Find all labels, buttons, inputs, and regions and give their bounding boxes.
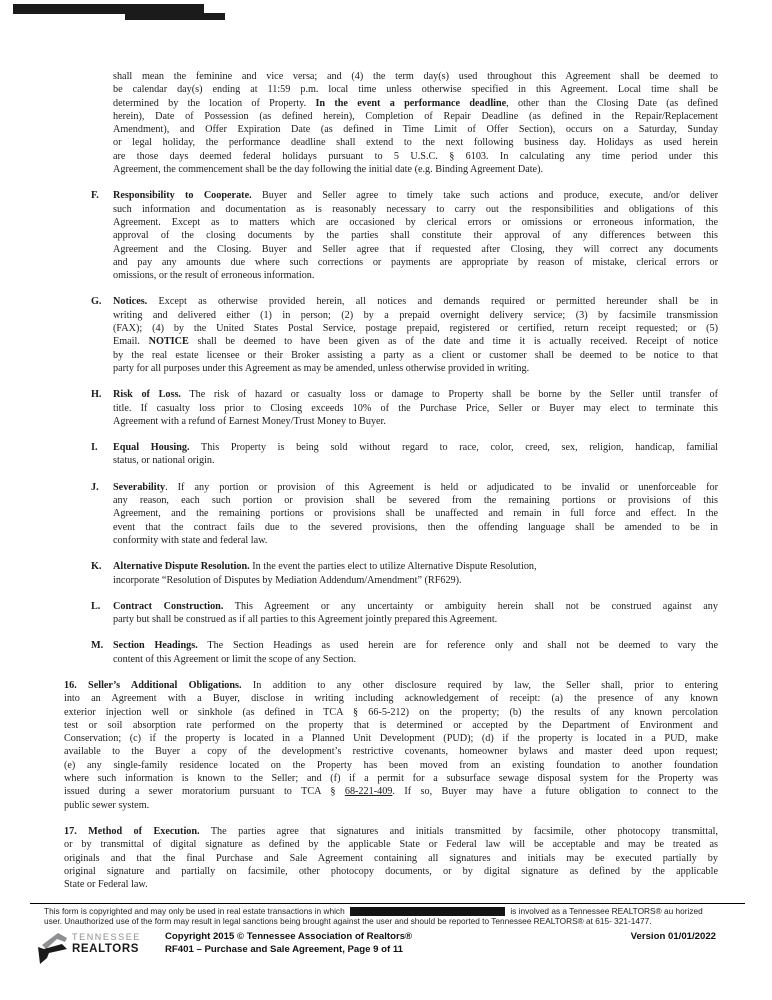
text-segment: incorporate “Resolution of Disputes by M… bbox=[113, 575, 462, 586]
text-segment: exterior injection well or sinkhole (as … bbox=[64, 707, 718, 718]
text-segment: In the event the parties elect to utiliz… bbox=[250, 561, 537, 572]
document-line: 460L.Contract Construction. This Agreeme… bbox=[91, 600, 718, 613]
document-line: 443writing and delivered either (1) in p… bbox=[91, 309, 718, 322]
document-line: 430herein), Date of Possession (as defin… bbox=[113, 110, 718, 123]
document-block: 453J.Severability. If any portion or pro… bbox=[91, 481, 718, 547]
text-segment: originals and that the final Purchase an… bbox=[64, 853, 718, 864]
document-line: 428be calendar day(s) ending at 11:59 p.… bbox=[113, 83, 718, 96]
document-block: 451I.Equal Housing. This Property is bei… bbox=[91, 441, 718, 468]
text-segment: by the real estate licensee or their Bro… bbox=[113, 350, 718, 361]
text-segment: 68-221-409 bbox=[345, 786, 393, 797]
document-line: 442G.Notices. Except as otherwise provid… bbox=[91, 295, 718, 308]
paragraph-label: L. bbox=[91, 600, 113, 613]
footer-divider bbox=[30, 903, 745, 904]
text-segment: public sewer system. bbox=[64, 800, 149, 811]
document-page: 427shall mean the feminine and vice vers… bbox=[0, 0, 772, 1000]
logo-text: TENNESSEE REALTORS bbox=[72, 932, 141, 955]
document-line: 435F.Responsibility to Cooperate. Buyer … bbox=[91, 189, 718, 202]
text-segment: Agreement with a refund of Earnest Money… bbox=[113, 416, 386, 427]
footer-notice: This form is copyrighted and may only be… bbox=[44, 907, 749, 927]
document-line: 453J.Severability. If any portion or pro… bbox=[91, 481, 718, 494]
paragraph-label: G. bbox=[91, 295, 113, 308]
text-segment: This Property is being sold without rega… bbox=[190, 442, 718, 453]
copyright-line2: RF401 – Purchase and Sale Agreement, Pag… bbox=[165, 944, 412, 957]
text-segment: 16. Seller’s Additional Obligations. bbox=[64, 680, 242, 691]
text-segment: issued during a sewer moratorium pursuan… bbox=[64, 786, 345, 797]
document-block: 46416. Seller’s Additional Obligations. … bbox=[64, 679, 718, 812]
document-line: 433are those days deemed federal holiday… bbox=[113, 150, 718, 163]
text-segment: Contract Construction. bbox=[113, 601, 223, 612]
document-line: 472issued during a sewer moratorium purs… bbox=[64, 785, 718, 798]
text-segment: and pay any amounts due where such corre… bbox=[113, 257, 718, 268]
text-segment: , other than the Closing Date (as define… bbox=[506, 98, 718, 109]
text-segment: Equal Housing. bbox=[113, 442, 190, 453]
paragraph-label: J. bbox=[91, 481, 113, 494]
document-line: 427shall mean the feminine and vice vers… bbox=[113, 70, 718, 83]
text-segment: or legal holiday, the performance deadli… bbox=[113, 137, 718, 148]
document-line: 457conformity with state and federal law… bbox=[91, 534, 718, 547]
text-segment: content of this Agreement or limit the s… bbox=[113, 654, 356, 665]
text-segment: This Agreement or any uncertainty or amb… bbox=[223, 601, 718, 612]
text-segment: available to the Buyer a copy of the dev… bbox=[64, 746, 718, 757]
text-segment: . If any portion or provision of this Ag… bbox=[165, 482, 718, 493]
paragraph-label: I. bbox=[91, 441, 113, 454]
text-segment: Section Headings. bbox=[113, 640, 198, 651]
text-segment: Risk of Loss. bbox=[113, 389, 181, 400]
document-line: 467test or soil absorption rate performe… bbox=[64, 719, 718, 732]
footer-notice-line1-before: This form is copyrighted and may only be… bbox=[44, 906, 345, 916]
document-line: 450Agreement with a refund of Earnest Mo… bbox=[91, 415, 718, 428]
document-line: 458K.Alternative Dispute Resolution. In … bbox=[91, 560, 718, 573]
document-line: 475or by transmittal of digital signatur… bbox=[64, 838, 718, 851]
text-segment: event that the contract fails due to the… bbox=[113, 522, 718, 533]
document-line: 431Amendment), and Offer Expiration Date… bbox=[113, 123, 718, 136]
text-segment: The risk of hazard or casualty loss or d… bbox=[181, 389, 718, 400]
text-segment: original signature and partially on facs… bbox=[64, 866, 718, 877]
text-segment: (e) any single-family residence located … bbox=[64, 760, 718, 771]
document-line: 46416. Seller’s Additional Obligations. … bbox=[64, 679, 718, 692]
text-segment: omissions, or the result of erroneous in… bbox=[113, 270, 314, 281]
document-line: 466exterior injection well or sinkhole (… bbox=[64, 706, 718, 719]
document-line: 447party for all purposes under this Agr… bbox=[91, 362, 718, 375]
paragraph-label: F. bbox=[91, 189, 113, 202]
document-line: 456event that the contract fails due to … bbox=[91, 521, 718, 534]
document-line: 470(e) any single-family residence locat… bbox=[64, 759, 718, 772]
text-segment: where such information is known to the S… bbox=[64, 773, 718, 784]
tennessee-realtors-logo: TENNESSEE REALTORS bbox=[38, 929, 163, 967]
document-block: 462M.Section Headings. The Section Headi… bbox=[91, 639, 718, 666]
logo-realtors: REALTORS bbox=[72, 943, 141, 955]
text-segment: Agreement. Except as to matters which ar… bbox=[113, 217, 718, 228]
text-segment: be calendar day(s) ending at 11:59 p.m. … bbox=[113, 84, 718, 95]
document-line: 448H.Risk of Loss. The risk of hazard or… bbox=[91, 388, 718, 401]
text-segment: (FAX); (4) by the United States Postal S… bbox=[113, 323, 718, 334]
document-line: 461party but shall be construed as if al… bbox=[91, 613, 718, 626]
document-line: 440and pay any amounts due where such co… bbox=[91, 256, 718, 269]
document-line: 47417. Method of Execution. The parties … bbox=[64, 825, 718, 838]
document-line: 437Agreement. Except as to matters which… bbox=[91, 216, 718, 229]
text-segment: into an Agreement with a Buyer, disclose… bbox=[64, 693, 718, 704]
document-line: 477original signature and partially on f… bbox=[64, 865, 718, 878]
document-block: 448H.Risk of Loss. The risk of hazard or… bbox=[91, 388, 718, 428]
text-segment: In the event a performance deadline bbox=[315, 98, 506, 109]
text-segment: Severability bbox=[113, 482, 165, 493]
document-line: 436such information and documentation as… bbox=[91, 203, 718, 216]
document-block: 460L.Contract Construction. This Agreeme… bbox=[91, 600, 718, 627]
document-line: 465into an Agreement with a Buyer, discl… bbox=[64, 692, 718, 705]
document-line: 429determined by the location of Propert… bbox=[113, 97, 718, 110]
footer-notice-line1-after: is involved as a Tennessee REALTORS® au … bbox=[510, 906, 702, 916]
document-block: 458K.Alternative Dispute Resolution. In … bbox=[91, 560, 718, 587]
text-segment: or by transmittal of digital signature a… bbox=[64, 839, 718, 850]
text-segment: approval of the closing documents by the… bbox=[113, 230, 718, 241]
text-segment: herein), Date of Possession (as defined … bbox=[113, 111, 718, 122]
text-segment: Notices. bbox=[113, 296, 147, 307]
document-line: 445Email. NOTICE shall be deemed to have… bbox=[91, 335, 718, 348]
document-line: 469available to the Buyer a copy of the … bbox=[64, 745, 718, 758]
realtors-arrow-icon bbox=[38, 931, 70, 965]
document-line: 452status, or national origin. bbox=[91, 454, 718, 467]
text-segment: conformity with state and federal law. bbox=[113, 535, 267, 546]
text-segment: Except as otherwise provided herein, all… bbox=[147, 296, 718, 307]
copyright-line1: Copyright 2015 © Tennessee Association o… bbox=[165, 931, 412, 944]
text-segment: Amendment), and Offer Expiration Date (a… bbox=[113, 124, 718, 135]
document-line: 476originals and that the final Purchase… bbox=[64, 852, 718, 865]
text-segment: such information and documentation as is… bbox=[113, 204, 718, 215]
redaction-bar-footer bbox=[350, 907, 505, 916]
document-line: 434Agreement, the commencement shall be … bbox=[113, 163, 718, 176]
footer-copyright: Copyright 2015 © Tennessee Association o… bbox=[165, 931, 412, 956]
document-block: 442G.Notices. Except as otherwise provid… bbox=[91, 295, 718, 375]
text-segment: are those days deemed federal holidays p… bbox=[113, 151, 718, 162]
text-segment: The Section Headings as used herein are … bbox=[198, 640, 718, 651]
paragraph-label: H. bbox=[91, 388, 113, 401]
document-line: 478State or Federal law. bbox=[64, 878, 718, 891]
text-segment: NOTICE bbox=[149, 336, 189, 347]
footer-notice-line2: user. Unauthorized use of the form may r… bbox=[44, 917, 749, 927]
text-segment: Agreement and the Closing. Buyer and Sel… bbox=[113, 244, 718, 255]
text-segment: Alternative Dispute Resolution. bbox=[113, 561, 250, 572]
document-line: 468Conservation; (c) if the property is … bbox=[64, 732, 718, 745]
text-segment: shall be deemed to have been given as of… bbox=[189, 336, 718, 347]
document-body: 427shall mean the feminine and vice vers… bbox=[0, 70, 772, 904]
document-line: 446by the real estate licensee or their … bbox=[91, 349, 718, 362]
paragraph-label: M. bbox=[91, 639, 113, 652]
text-segment: Responsibility to Cooperate. bbox=[113, 190, 252, 201]
document-line: 438approval of the closing documents by … bbox=[91, 229, 718, 242]
text-segment: status, or national origin. bbox=[113, 455, 215, 466]
text-segment: In addition to any other disclosure requ… bbox=[242, 680, 718, 691]
document-line: 455Agreement, and the remaining portions… bbox=[91, 507, 718, 520]
text-segment: 17. Method of Execution. bbox=[64, 826, 200, 837]
paragraph-label: K. bbox=[91, 560, 113, 573]
document-block: 427shall mean the feminine and vice vers… bbox=[113, 70, 718, 176]
text-segment: title. If casualty loss prior to Closing… bbox=[113, 403, 718, 414]
footer-version: Version 01/01/2022 bbox=[631, 931, 716, 942]
document-block: 435F.Responsibility to Cooperate. Buyer … bbox=[91, 189, 718, 282]
text-segment: The parties agree that signatures and in… bbox=[200, 826, 718, 837]
text-segment: Conservation; (c) if the property is loc… bbox=[64, 733, 718, 744]
logo-tennessee: TENNESSEE bbox=[72, 932, 141, 943]
document-line: 462M.Section Headings. The Section Headi… bbox=[91, 639, 718, 652]
document-line: 444(FAX); (4) by the United States Posta… bbox=[91, 322, 718, 335]
document-line: 459incorporate “Resolution of Disputes b… bbox=[91, 574, 718, 587]
text-segment: Email. bbox=[113, 336, 149, 347]
document-block: 47417. Method of Execution. The parties … bbox=[64, 825, 718, 891]
text-segment: party but shall be construed as if all p… bbox=[113, 614, 497, 625]
text-segment: Agreement, and the remaining portions or… bbox=[113, 508, 718, 519]
document-line: 439Agreement and the Closing. Buyer and … bbox=[91, 243, 718, 256]
document-line: 432or legal holiday, the performance dea… bbox=[113, 136, 718, 149]
document-line: 441omissions, or the result of erroneous… bbox=[91, 269, 718, 282]
text-segment: determined by the location of Property. bbox=[113, 98, 315, 109]
document-line: 449title. If casualty loss prior to Clos… bbox=[91, 402, 718, 415]
text-segment: test or soil absorption rate performed o… bbox=[64, 720, 718, 731]
document-line: 463content of this Agreement or limit th… bbox=[91, 653, 718, 666]
redaction-bar-header-secondary bbox=[125, 13, 225, 20]
document-line: 454any reason, each such portion or prov… bbox=[91, 494, 718, 507]
text-segment: State or Federal law. bbox=[64, 879, 148, 890]
document-line: 471where such information is known to th… bbox=[64, 772, 718, 785]
text-segment: writing and delivered either (1) in pers… bbox=[113, 310, 718, 321]
text-segment: party for all purposes under this Agreem… bbox=[113, 363, 529, 374]
text-segment: Buyer and Seller agree to timely take su… bbox=[252, 190, 718, 201]
text-segment: Agreement, the commencement shall be the… bbox=[113, 164, 543, 175]
text-segment: any reason, each such portion or provisi… bbox=[113, 495, 718, 506]
document-line: 473public sewer system. bbox=[64, 799, 718, 812]
document-line: 451I.Equal Housing. This Property is bei… bbox=[91, 441, 718, 454]
text-segment: . If so, Buyer may have a future obligat… bbox=[392, 786, 718, 797]
text-segment: shall mean the feminine and vice versa; … bbox=[113, 71, 718, 82]
